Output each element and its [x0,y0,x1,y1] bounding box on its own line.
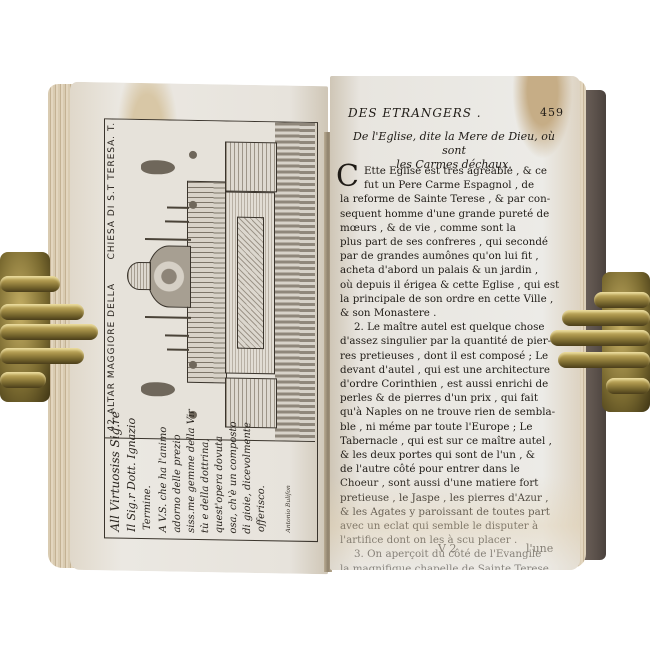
right-hand-thumb [606,378,650,394]
engraving-altar-steps [187,181,227,384]
text-line: res pretieuses , dont il est composé ; L… [340,349,566,363]
engraving-candlestick [167,348,189,350]
body-text: Ette Eglise est tres agréable , & ce fut… [340,164,566,570]
text-line: la principale de son ordre en cette Vill… [340,292,566,306]
dedication-line: offerisco. [255,472,268,532]
dedication-line: tù e della dottrina, [199,445,212,533]
text-line: & les Agates y paroissant de toutes part [340,505,566,519]
dedication-line: Il Sig.r Dott. Ignazio [125,444,138,532]
text-line: perles & de pierres d'un prix , qui fait [340,391,566,405]
text-line: & son Monastere . [340,306,566,320]
engraving-urn [189,201,197,209]
engraving-candlestick [145,316,191,319]
engraving-urn [189,361,197,369]
text-line: la reforme de Sainte Terese , & par con- [340,192,566,206]
open-book: 42 ALTAR MAGGIORE DELLA CHIESA DI S.T TE… [48,72,608,582]
text-line: devant d'autel , qui est une architectur… [340,363,566,377]
text-line: fut un Pere Carme Espagnol , de [340,178,566,192]
running-header: DES ETRANGERS . 459 [348,106,568,120]
text-line: sequent homme d'une grande pureté de [340,207,566,221]
text-line: mœurs , & de vie , comme sont la [340,221,566,235]
catchword: l'une [526,542,553,555]
dedication-line: adorno delle prezio [171,445,184,533]
section-heading-line: De l'Eglise, dite la Mere de Dieu, où so… [342,130,566,158]
engraving-candlestick [165,334,189,336]
text-line: qu'à Naples on ne trouve rien de sembla- [340,405,566,419]
left-hand-thumb [0,276,60,292]
right-hand-finger [550,330,650,346]
text-line: avec un eclat qui semble le disputer à [340,519,566,533]
text-line: Tabernacle , qui est sur ce maître autel… [340,434,566,448]
engraving-urn [189,151,197,159]
text-line: d'ordre Corinthien , est aussi enrichi d… [340,377,566,391]
right-hand-finger [562,310,650,326]
right-brass-hand-bookend [540,272,650,412]
dedication-line: di gioie, dicevolmente [241,446,254,534]
right-hand-finger [558,352,650,368]
engraving-balustrade [275,122,315,441]
engraving-statue-left [141,382,175,397]
engraving-door-right [225,141,277,192]
left-page: 42 ALTAR MAGGIORE DELLA CHIESA DI S.T TE… [70,82,328,575]
text-line: Choeur , sont aussi d'une matiere fort [340,476,566,490]
page-number: 459 [540,106,564,119]
engraving-candlestick [167,206,189,208]
engraving-plate: 42 ALTAR MAGGIORE DELLA CHIESA DI S.T TE… [104,118,318,542]
running-head: DES ETRANGERS . [348,106,482,120]
text-line: Ette Eglise est tres agréable , & ce [340,164,566,178]
right-hand-finger [594,292,650,308]
engraving-dome [127,262,151,290]
text-line: plus part de ses confreres , qui secondé [340,235,566,249]
text-line: 2. Le maître autel est quelque chose [340,320,566,334]
left-hand-finger [0,304,84,320]
text-line: la magnifique chapelle de Sainte Terese … [340,562,566,570]
dedication-caption: All Virtuosiss Sig.re Il Sig.r Dott. Ign… [105,439,315,539]
text-line: d'assez singulier par la quantité de pie… [340,334,566,348]
engraving-altar-panel [237,217,264,349]
engraving-tabernacle [147,245,191,308]
dedication-line: osa, ch'è un composto [227,445,240,533]
engraving-statue-right [141,160,175,175]
text-line: par de grandes aumônes qu'on lui fit , [340,249,566,263]
text-line: où depuis il érigea & cette Eglise , qui… [340,278,566,292]
engraving-candlestick [145,238,191,241]
engraving-candlestick [165,220,189,222]
left-brass-hand-bookend [0,252,100,402]
text-line: acheta d'abord un palais & un jardin , [340,263,566,277]
altar-engraving: 42 ALTAR MAGGIORE DELLA CHIESA DI S.T TE… [105,119,315,442]
text-line: & les deux portes qui sont de l'un , & [340,448,566,462]
left-hand-finger [0,348,84,364]
signature-mark: V 2 [438,542,456,555]
plate-title: 42 ALTAR MAGGIORE DELLA CHIESA DI S.T TE… [107,125,117,431]
dedication-line: Termine. [141,470,154,530]
text-line: de l'autre côté pour entrer dans le [340,462,566,476]
text-line: ble , ni méme par toute l'Europe ; Le [340,420,566,434]
text-line: pretieuse , le Jaspe , les pierres d'Azu… [340,491,566,505]
dedication-line: All Virtuosiss Sig.re [109,443,122,531]
dedication-line: siss.me gemme della Vir [185,445,198,533]
dedication-line: quest'opera dovuta [213,445,226,533]
left-hand-finger [0,372,46,388]
engraver-signature: Antonio Bulifon [285,473,292,533]
dedication-line: A V.S. che ha l'animo [157,444,170,532]
left-hand-finger [0,324,98,340]
